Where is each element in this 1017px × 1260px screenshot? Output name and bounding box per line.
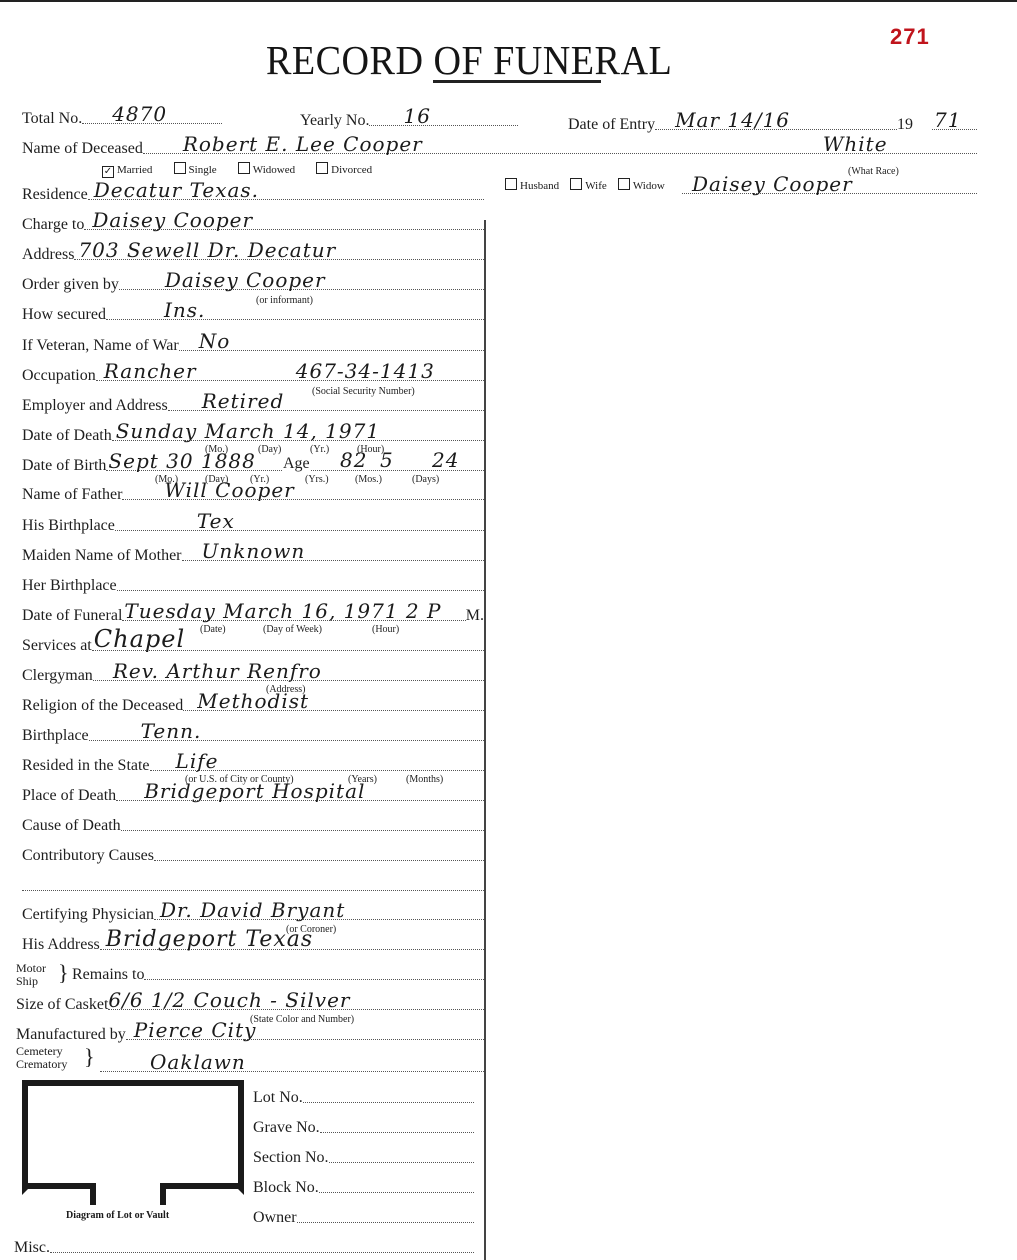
spouse-husband[interactable]: Husband [505, 180, 559, 192]
occupation-value: Rancher [104, 359, 197, 383]
motor-ship-label: Motor Ship [16, 962, 46, 988]
her-birthplace-field: Her Birthplace [22, 571, 484, 595]
casket-size-field: Size of Casket 6/6 1/2 Couch - Silver [16, 990, 484, 1014]
his-birthplace-value: Tex [197, 509, 235, 533]
how-secured-field: How secured Ins. [22, 300, 484, 324]
owner-field: Owner [253, 1203, 474, 1227]
deceased-name-value: Robert E. Lee Cooper [183, 132, 423, 156]
residence-value: Decatur Texas. [94, 178, 259, 202]
misc-field: Misc. [14, 1233, 474, 1257]
title-underline [433, 80, 601, 83]
marital-status-options: ✓Married Single Widowed Divorced [102, 158, 388, 178]
lot-diagram [22, 1080, 244, 1195]
resided-field: Resided in the State Life [22, 751, 484, 775]
remains-to-field: Remains to [72, 960, 484, 984]
mother-maiden-field: Maiden Name of Mother Unknown [22, 541, 484, 565]
age-months: 5 [380, 448, 394, 472]
religion-value: Methodist [197, 689, 309, 713]
place-of-death-value: Bridgeport Hospital [144, 779, 365, 803]
charge-to-field: Charge to Daisey Cooper [22, 210, 484, 234]
casket-size-value: 6/6 1/2 Couch - Silver [108, 988, 350, 1012]
column-divider [484, 220, 486, 1260]
place-of-death-field: Place of Death Bridgeport Hospital [22, 781, 484, 805]
his-address-field: His Address Bridgeport Texas [22, 930, 484, 954]
address-field: Address 703 Sewell Dr. Decatur [22, 240, 484, 264]
date-of-birth-field: Date of Birth Sept 30 1888 [22, 451, 484, 475]
checkbox-divorced[interactable] [316, 162, 328, 174]
charge-to-value: Daisey Cooper [92, 208, 253, 232]
spouse-widow[interactable]: Widow [618, 180, 665, 192]
cause-of-death-field: Cause of Death [22, 811, 484, 835]
checkbox-wife[interactable] [570, 178, 582, 190]
address-value: 703 Sewell Dr. Decatur [78, 238, 336, 262]
how-secured-value: Ins. [164, 298, 205, 322]
age-label: Age [283, 455, 310, 473]
cemetery-crematory-label: Cemetery Crematory [16, 1045, 67, 1071]
religion-field: Religion of the Deceased Methodist [22, 691, 484, 715]
spouse-options: Husband Wife Widow [505, 174, 671, 193]
birthplace-field: Birthplace Tenn. [22, 721, 484, 745]
checkbox-married[interactable]: ✓ [102, 166, 114, 178]
employer-value: Retired [202, 389, 285, 413]
page-number: 271 [890, 24, 930, 50]
father-field: Name of Father Will Cooper [22, 480, 484, 504]
occupation-field: Occupation Rancher 467-34-1413 [22, 361, 484, 385]
checkbox-single[interactable] [174, 162, 186, 174]
diagram-entrance-right [160, 1183, 166, 1205]
resided-value: Life [176, 749, 219, 773]
physician-value: Dr. David Bryant [160, 898, 345, 922]
date-of-funeral-field: Date of Funeral Tuesday March 16, 1971 2… [22, 601, 484, 625]
age-years: 82 [340, 448, 367, 472]
diagram-entrance-left [90, 1183, 96, 1205]
grave-no-field: Grave No. [253, 1113, 474, 1137]
his-birthplace-field: His Birthplace Tex [22, 511, 484, 535]
section-no-field: Section No. [253, 1143, 474, 1167]
date-of-birth-value: Sept 30 1888 [108, 449, 255, 473]
manufacturer-field: Manufactured by Pierce City [16, 1020, 484, 1044]
date-of-death-field: Date of Death Sunday March 14, 1971 [22, 421, 484, 445]
scan-top-edge [0, 0, 1017, 2]
total-no-value: 4870 [112, 102, 167, 126]
clergyman-value: Rev. Arthur Renfro [113, 659, 322, 683]
checkbox-husband[interactable] [505, 178, 517, 190]
yearly-no-value: 16 [403, 104, 430, 128]
employer-field: Employer and Address Retired [22, 391, 484, 415]
services-at-field: Services at Chapel [22, 631, 484, 655]
marital-widowed[interactable]: Widowed [238, 164, 295, 176]
marital-single[interactable]: Single [174, 164, 217, 176]
brace-icon: } [84, 1046, 95, 1068]
diagram-edge [160, 1183, 238, 1189]
veteran-field: If Veteran, Name of War No [22, 331, 484, 355]
marital-divorced[interactable]: Divorced [316, 164, 372, 176]
marital-married[interactable]: ✓Married [102, 164, 152, 176]
physician-field: Certifying Physician Dr. David Bryant [22, 900, 484, 924]
lot-no-field: Lot No. [253, 1083, 474, 1107]
spouse-name-value: Daisey Cooper [692, 172, 853, 196]
spouse-name-field: Daisey Cooper [682, 174, 977, 198]
father-value: Will Cooper [164, 478, 294, 502]
yearly-no-field: Yearly No. 16 [300, 106, 518, 130]
services-at-value: Chapel [94, 625, 185, 653]
cemetery-field: Oaklawn [100, 1052, 484, 1076]
veteran-value: No [199, 329, 231, 353]
cemetery-value: Oaklawn [150, 1050, 246, 1074]
entry-year-field: 71 [932, 110, 977, 134]
contributory-causes-line-2 [22, 871, 484, 895]
checkbox-widow[interactable] [618, 178, 630, 190]
total-no-field: Total No. 4870 [22, 104, 222, 128]
date-of-death-value: Sunday March 14, 1971 [116, 419, 380, 443]
checkbox-widowed[interactable] [238, 162, 250, 174]
his-address-value: Bridgeport Texas [106, 927, 313, 952]
mother-maiden-value: Unknown [202, 539, 306, 563]
spouse-wife[interactable]: Wife [570, 180, 607, 192]
page-title: RECORD OF FUNERAL [266, 36, 672, 84]
manufacturer-value: Pierce City [134, 1018, 257, 1042]
diagram-edge [22, 1183, 96, 1189]
clergyman-field: Clergyman Rev. Arthur Renfro [22, 661, 484, 685]
age-days: 24 [432, 448, 459, 472]
brace-icon: } [58, 962, 69, 984]
date-of-funeral-value: Tuesday March 16, 1971 2 P [124, 599, 441, 623]
date-of-entry-field: Date of Entry Mar 14/16 19 [568, 110, 913, 134]
residence-field: Residence Decatur Texas. [22, 180, 484, 204]
birthplace-value: Tenn. [141, 719, 202, 743]
order-given-by-value: Daisey Cooper [165, 268, 326, 292]
diagram-caption: Diagram of Lot or Vault [66, 1210, 169, 1221]
ssn-value: 467-34-1413 [296, 359, 435, 383]
race-value: White [823, 132, 888, 156]
date-of-entry-value: Mar 14/16 [675, 108, 790, 132]
order-given-by-field: Order given by Daisey Cooper [22, 270, 484, 294]
contributory-causes-field: Contributory Causes [22, 841, 484, 865]
block-no-field: Block No. [253, 1173, 474, 1197]
deceased-name-field: Name of Deceased Robert E. Lee Cooper Wh… [22, 134, 977, 158]
